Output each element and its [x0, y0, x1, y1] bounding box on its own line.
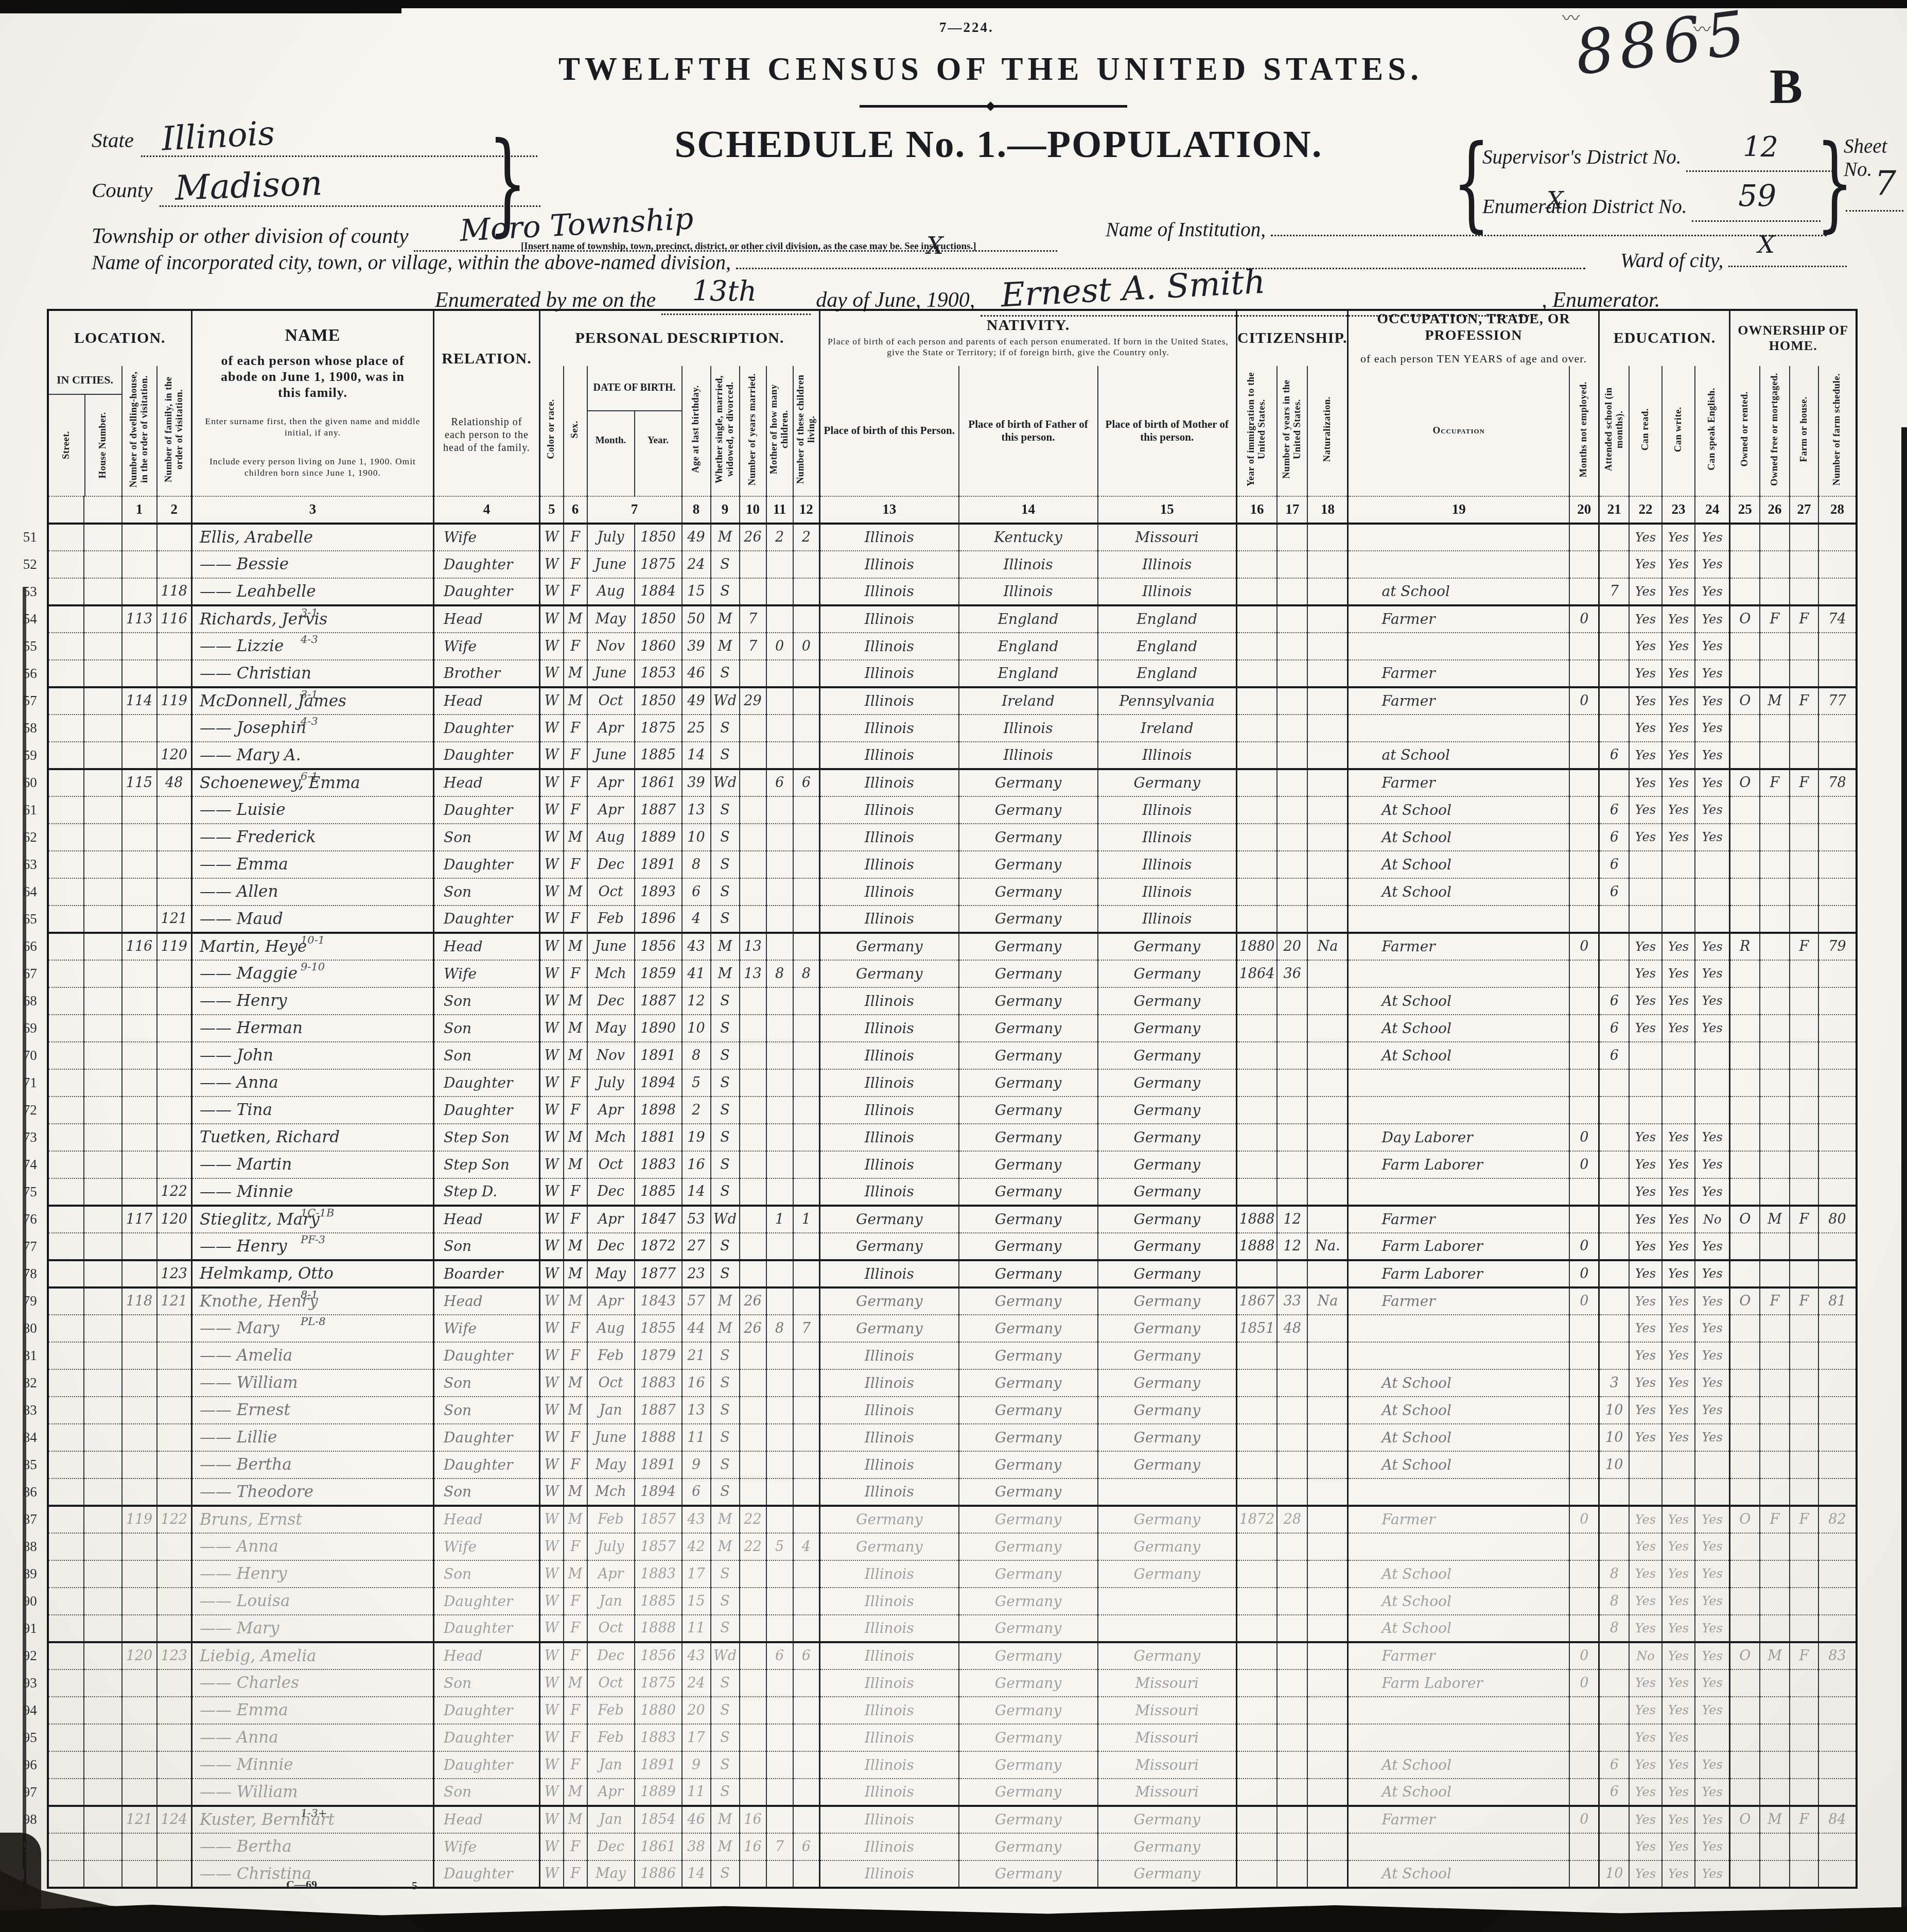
cell-months-not-employed: 0 — [1569, 1151, 1599, 1178]
cell-mother-of-children — [766, 742, 793, 769]
cell-birthplace-person: Illinois — [820, 878, 959, 906]
cell-house-number — [84, 1178, 122, 1206]
cell-age: 39 — [682, 769, 711, 796]
cell-name: —— Lillie — [192, 1424, 434, 1451]
cell-years-in-us — [1277, 1478, 1307, 1506]
cell-sex: F — [564, 851, 587, 878]
cell-marital-status: S — [711, 987, 740, 1015]
cell-farm-or-house — [1790, 715, 1818, 742]
enumeration-value: 59 — [1738, 178, 1776, 213]
cell-house-number — [84, 1779, 122, 1806]
row-number: 73 — [20, 1124, 48, 1151]
cell-years-in-us — [1277, 987, 1307, 1015]
cell-dwelling-number: 118 — [122, 1287, 157, 1315]
cell-occupation: At School — [1348, 1751, 1569, 1779]
cell-attended-school — [1599, 960, 1629, 987]
cell-name: —— Mary A. — [192, 742, 434, 769]
cell-years-in-us — [1277, 742, 1307, 769]
cell-immigration-year — [1237, 851, 1278, 878]
person-name: —— Louisa — [200, 1592, 290, 1610]
cell-months-not-employed — [1569, 742, 1599, 769]
cell-mother-of-children — [766, 1588, 793, 1615]
cell-months-not-employed — [1569, 824, 1599, 851]
cell-years-in-us — [1277, 1342, 1307, 1369]
cell-color-race: W — [540, 1206, 564, 1233]
cell-birth-year: 1850 — [635, 524, 682, 551]
cell-age: 14 — [682, 1860, 711, 1888]
col-color-race: Color or race. — [540, 366, 564, 496]
institution-row: Name of Institution, — [1106, 218, 1827, 241]
cell-owned-rented — [1730, 1178, 1760, 1206]
row-number: 72 — [20, 1096, 48, 1124]
cell-birthplace-mother: Illinois — [1098, 742, 1237, 769]
cell-name: —— Maud — [192, 906, 434, 933]
cell-dwelling-number — [122, 1451, 157, 1478]
cell-birthplace-mother: Germany — [1098, 1806, 1237, 1833]
table-row: 91 —— Mary Daughter W F Oct 1888 11 S Il… — [20, 1615, 1857, 1642]
cell-attended-school: 10 — [1599, 1860, 1629, 1888]
county-row: County Madison — [92, 166, 540, 207]
cell-occupation: Farm Laborer — [1348, 1669, 1569, 1697]
cell-years-in-us — [1277, 1424, 1307, 1451]
cell-house-number — [84, 551, 122, 578]
cell-birthplace-person: Illinois — [820, 687, 959, 715]
cell-years-in-us — [1277, 1806, 1307, 1833]
cell-children-living: 7 — [793, 1315, 820, 1342]
person-name: —— William — [200, 1783, 298, 1801]
cell-marital-status: S — [711, 1260, 740, 1287]
cell-can-read: Yes — [1629, 1724, 1662, 1751]
cell-birthplace-person: Illinois — [820, 1451, 959, 1478]
cell-years-in-us — [1277, 1560, 1307, 1588]
cell-can-speak-english — [1695, 878, 1730, 906]
row-number: 58 — [20, 715, 48, 742]
cell-farm-or-house: F — [1790, 1206, 1818, 1233]
cell-birthplace-person: Illinois — [820, 742, 959, 769]
cell-sex: F — [564, 1860, 587, 1888]
cell-owned-rented: R — [1730, 933, 1760, 960]
cell-birth-year: 1854 — [635, 1806, 682, 1833]
cell-farm-or-house — [1790, 1533, 1818, 1560]
cell-attended-school: 6 — [1599, 987, 1629, 1015]
cell-months-not-employed — [1569, 906, 1599, 933]
cell-can-write: Yes — [1662, 742, 1695, 769]
cell-family-number — [157, 1724, 192, 1751]
cell-can-speak-english: Yes — [1695, 687, 1730, 715]
cell-years-in-us — [1277, 660, 1307, 687]
cell-birth-month: Oct — [587, 1151, 635, 1178]
cell-dwelling-number — [122, 1096, 157, 1124]
cell-color-race: W — [540, 1342, 564, 1369]
cell-birthplace-person: Illinois — [820, 1069, 959, 1096]
cell-marital-status: S — [711, 715, 740, 742]
cell-dwelling-number: 113 — [122, 605, 157, 633]
group-education: EDUCATION. — [1599, 310, 1730, 366]
cell-name: —— Emma — [192, 851, 434, 878]
cell-children-living — [793, 1615, 820, 1642]
cell-name: 1-3+ Kuster, Bernhart — [192, 1806, 434, 1833]
cell-owned-free-mortgaged — [1760, 715, 1790, 742]
cell-house-number — [84, 1506, 122, 1533]
cell-birthplace-father: Germany — [959, 1451, 1098, 1478]
cell-sex: F — [564, 524, 587, 551]
cell-naturalization — [1307, 1560, 1348, 1588]
cell-name: —— Minnie — [192, 1178, 434, 1206]
cell-family-number: 122 — [157, 1506, 192, 1533]
cell-color-race: W — [540, 1506, 564, 1533]
cell-can-speak-english: Yes — [1695, 1779, 1730, 1806]
cell-family-number — [157, 660, 192, 687]
cell-mother-of-children: 2 — [766, 524, 793, 551]
cell-mother-of-children — [766, 1233, 793, 1260]
cell-owned-rented — [1730, 1096, 1760, 1124]
cell-birthplace-person: Illinois — [820, 1151, 959, 1178]
cell-farm-schedule — [1818, 1669, 1857, 1697]
cell-can-write: Yes — [1662, 1397, 1695, 1424]
cell-naturalization — [1307, 524, 1348, 551]
cell-occupation: At School — [1348, 1860, 1569, 1888]
cell-birthplace-father: Germany — [959, 1042, 1098, 1069]
cell-birthplace-mother: Germany — [1098, 933, 1237, 960]
cell-mother-of-children: 1 — [766, 1206, 793, 1233]
col-farm-schedule: Number of farm schedule. — [1818, 366, 1857, 496]
cell-birth-month: July — [587, 1069, 635, 1096]
cell-occupation: Farmer — [1348, 1806, 1569, 1833]
cell-naturalization — [1307, 1069, 1348, 1096]
table-row: 56 —— Christian Brother W M June 1853 46… — [20, 660, 1857, 687]
cell-dwelling-number — [122, 551, 157, 578]
person-name: —— Minnie — [200, 1755, 293, 1774]
cell-birth-year: 1861 — [635, 1833, 682, 1860]
cell-farm-schedule — [1818, 1042, 1857, 1069]
cell-immigration-year: 1888 — [1237, 1233, 1278, 1260]
cell-can-speak-english: Yes — [1695, 1178, 1730, 1206]
cell-relation: Wife — [434, 1533, 540, 1560]
cell-can-read: Yes — [1629, 1806, 1662, 1833]
cell-birthplace-mother: Germany — [1098, 1124, 1237, 1151]
cell-attended-school — [1599, 1260, 1629, 1287]
cell-birth-year: 1893 — [635, 878, 682, 906]
cell-age: 2 — [682, 1096, 711, 1124]
cell-owned-free-mortgaged — [1760, 1151, 1790, 1178]
cell-can-write: Yes — [1662, 1424, 1695, 1451]
cell-attended-school — [1599, 1342, 1629, 1369]
cell-children-living — [793, 687, 820, 715]
cell-owned-rented — [1730, 796, 1760, 824]
cell-house-number — [84, 1560, 122, 1588]
person-name: —— Bertha — [200, 1837, 292, 1856]
person-name: Ellis, Arabelle — [200, 528, 313, 547]
cell-marital-status: S — [711, 1588, 740, 1615]
cell-farm-schedule: 82 — [1818, 1506, 1857, 1533]
cell-owned-rented — [1730, 824, 1760, 851]
cell-family-number — [157, 878, 192, 906]
cell-sex: F — [564, 1342, 587, 1369]
cell-owned-free-mortgaged — [1760, 1369, 1790, 1397]
cell-can-speak-english: Yes — [1695, 1506, 1730, 1533]
cell-farm-or-house — [1790, 1724, 1818, 1751]
cell-birth-month: Jan — [587, 1806, 635, 1833]
cell-sex: F — [564, 1751, 587, 1779]
cell-mother-of-children — [766, 987, 793, 1015]
cell-sex: F — [564, 1424, 587, 1451]
cell-can-speak-english: Yes — [1695, 824, 1730, 851]
cell-farm-or-house: F — [1790, 1806, 1818, 1833]
cell-color-race: W — [540, 1669, 564, 1697]
cell-can-speak-english — [1695, 1069, 1730, 1096]
cell-children-living — [793, 1151, 820, 1178]
cell-birthplace-father: Germany — [959, 1206, 1098, 1233]
row-number-spacer — [20, 310, 48, 524]
cell-birth-year: 1884 — [635, 578, 682, 605]
cell-family-number: 123 — [157, 1642, 192, 1669]
cell-marital-status: S — [711, 1124, 740, 1151]
cell-occupation — [1348, 1342, 1569, 1369]
cell-marital-status: M — [711, 960, 740, 987]
cell-can-write: Yes — [1662, 1233, 1695, 1260]
cell-years-married — [740, 1588, 766, 1615]
cell-attended-school — [1599, 1206, 1629, 1233]
cell-occupation: At School — [1348, 1397, 1569, 1424]
cell-dwelling-number — [122, 1342, 157, 1369]
cell-marital-status: S — [711, 742, 740, 769]
cell-dwelling-number — [122, 1724, 157, 1751]
cell-owned-free-mortgaged — [1760, 960, 1790, 987]
cell-can-read: Yes — [1629, 1751, 1662, 1779]
cell-naturalization — [1307, 633, 1348, 660]
cell-birthplace-father: Germany — [959, 1369, 1098, 1397]
cell-birthplace-father: England — [959, 605, 1098, 633]
table-row: 76 117 120 1C-1B Stieglitz, Mary Head W … — [20, 1206, 1857, 1233]
cell-occupation: Farm Laborer — [1348, 1151, 1569, 1178]
cell-birth-year: 1891 — [635, 1042, 682, 1069]
cell-farm-schedule — [1818, 1697, 1857, 1724]
cell-relation: Wife — [434, 960, 540, 987]
cell-years-married — [740, 1233, 766, 1260]
cell-dwelling-number — [122, 1369, 157, 1397]
cell-birthplace-person: Illinois — [820, 715, 959, 742]
cell-family-number — [157, 1233, 192, 1260]
cell-farm-schedule — [1818, 1151, 1857, 1178]
cell-family-number — [157, 1151, 192, 1178]
cell-birthplace-person: Germany — [820, 1206, 959, 1233]
cell-relation: Daughter — [434, 1451, 540, 1478]
group-location: LOCATION. — [48, 310, 192, 366]
cell-can-read: Yes — [1629, 1588, 1662, 1615]
cell-years-in-us — [1277, 1751, 1307, 1779]
cell-name: 4-3 —— Josephin — [192, 715, 434, 742]
cell-relation: Head — [434, 1287, 540, 1315]
cell-family-number — [157, 1096, 192, 1124]
cell-color-race: W — [540, 1315, 564, 1342]
cell-can-read: Yes — [1629, 824, 1662, 851]
cell-can-read: Yes — [1629, 578, 1662, 605]
cell-years-married: 7 — [740, 605, 766, 633]
cell-color-race: W — [540, 1397, 564, 1424]
cell-years-married — [740, 1206, 766, 1233]
cell-years-married — [740, 824, 766, 851]
cell-birthplace-mother: Illinois — [1098, 878, 1237, 906]
cell-immigration-year — [1237, 1533, 1278, 1560]
row-number: 70 — [20, 1042, 48, 1069]
cell-dwelling-number — [122, 1751, 157, 1779]
cell-name: —— Anna — [192, 1533, 434, 1560]
table-row: 92 120 123 Liebig, Amelia Head W F Dec 1… — [20, 1642, 1857, 1669]
cell-years-married — [740, 578, 766, 605]
cell-occupation: At School — [1348, 1615, 1569, 1642]
cell-owned-rented — [1730, 987, 1760, 1015]
cell-street — [48, 633, 84, 660]
cell-months-not-employed — [1569, 1724, 1599, 1751]
cell-years-in-us — [1277, 687, 1307, 715]
cell-birth-month: Feb — [587, 1342, 635, 1369]
cell-sex: F — [564, 1615, 587, 1642]
cell-attended-school — [1599, 1669, 1629, 1697]
cell-can-read: Yes — [1629, 1615, 1662, 1642]
cell-can-speak-english: Yes — [1695, 1533, 1730, 1560]
cell-dwelling-number — [122, 851, 157, 878]
col-birthplace-father: Place of birth of Father of this person. — [959, 366, 1098, 496]
cell-dwelling-number — [122, 1397, 157, 1424]
enumeration-label: Enumeration District No. — [1482, 196, 1687, 218]
cell-age: 17 — [682, 1560, 711, 1588]
cell-can-speak-english: Yes — [1695, 1233, 1730, 1260]
cell-can-write: Yes — [1662, 687, 1695, 715]
cell-birthplace-father: Germany — [959, 933, 1098, 960]
cell-age: 49 — [682, 524, 711, 551]
cell-farm-or-house — [1790, 1124, 1818, 1151]
cell-attended-school: 8 — [1599, 1560, 1629, 1588]
cell-years-married — [740, 1615, 766, 1642]
cell-months-not-employed — [1569, 1315, 1599, 1342]
cell-years-in-us — [1277, 878, 1307, 906]
cell-sex: F — [564, 796, 587, 824]
cell-marital-status: S — [711, 1779, 740, 1806]
cell-marital-status: S — [711, 1178, 740, 1206]
cell-birth-month: Mch — [587, 960, 635, 987]
cell-naturalization — [1307, 824, 1348, 851]
cell-can-write — [1662, 906, 1695, 933]
cell-sex: F — [564, 1588, 587, 1615]
cell-relation: Daughter — [434, 1424, 540, 1451]
cell-relation: Daughter — [434, 551, 540, 578]
cell-can-speak-english: Yes — [1695, 1124, 1730, 1151]
cell-marital-status: Wd — [711, 1642, 740, 1669]
cell-color-race: W — [540, 1615, 564, 1642]
cell-marital-status: M — [711, 1806, 740, 1833]
cell-years-married — [740, 1669, 766, 1697]
col-can-write: Can write. — [1662, 366, 1695, 496]
cell-owned-free-mortgaged — [1760, 1015, 1790, 1042]
cell-name: —— Bertha — [192, 1833, 434, 1860]
cell-naturalization — [1307, 1506, 1348, 1533]
cell-sex: M — [564, 1124, 587, 1151]
institution-label: Name of Institution, — [1106, 219, 1266, 241]
cell-can-read: Yes — [1629, 1533, 1662, 1560]
cell-children-living — [793, 578, 820, 605]
cell-children-living — [793, 987, 820, 1015]
cell-relation: Daughter — [434, 1724, 540, 1751]
cell-house-number — [84, 1315, 122, 1342]
cell-house-number — [84, 1015, 122, 1042]
cell-owned-free-mortgaged — [1760, 1751, 1790, 1779]
person-name: Richards, Jervis — [200, 610, 327, 629]
cell-owned-free-mortgaged — [1760, 851, 1790, 878]
cell-naturalization — [1307, 1342, 1348, 1369]
cell-birth-month: Oct — [587, 1615, 635, 1642]
cell-birth-year: 1877 — [635, 1260, 682, 1287]
cell-dwelling-number — [122, 578, 157, 605]
cell-farm-schedule — [1818, 1833, 1857, 1860]
cell-owned-rented — [1730, 906, 1760, 933]
cell-birthplace-mother — [1098, 1615, 1237, 1642]
cell-owned-free-mortgaged — [1760, 1615, 1790, 1642]
census-table: LOCATION. NAME of each person whose plac… — [20, 309, 1858, 1889]
cell-street — [48, 1751, 84, 1779]
cell-birth-year: 1847 — [635, 1206, 682, 1233]
cell-relation: Daughter — [434, 1342, 540, 1369]
cell-house-number — [84, 824, 122, 851]
cell-children-living — [793, 1260, 820, 1287]
cell-dwelling-number — [122, 524, 157, 551]
cell-years-married — [740, 551, 766, 578]
cell-birthplace-person: Illinois — [820, 660, 959, 687]
cell-street — [48, 1397, 84, 1424]
row-number: 59 — [20, 742, 48, 769]
cell-birthplace-mother: Illinois — [1098, 578, 1237, 605]
cell-age: 27 — [682, 1233, 711, 1260]
table-row: 53 118 —— Leahbelle Daughter W F Aug 188… — [20, 578, 1857, 605]
cell-birth-month: Feb — [587, 1506, 635, 1533]
cell-street — [48, 1533, 84, 1560]
cell-farm-or-house — [1790, 1751, 1818, 1779]
cell-occupation — [1348, 524, 1569, 551]
col-immigration-year: Year of immigration to the United States… — [1237, 366, 1278, 496]
cell-street — [48, 1287, 84, 1315]
cell-street — [48, 660, 84, 687]
cell-birth-year: 1857 — [635, 1506, 682, 1533]
cell-house-number — [84, 578, 122, 605]
cell-relation: Brother — [434, 660, 540, 687]
cell-can-read: Yes — [1629, 1560, 1662, 1588]
cell-color-race: W — [540, 851, 564, 878]
cell-birthplace-person: Illinois — [820, 824, 959, 851]
cell-birthplace-person: Illinois — [820, 1478, 959, 1506]
cell-children-living — [793, 1588, 820, 1615]
cell-years-in-us — [1277, 551, 1307, 578]
cell-naturalization — [1307, 1451, 1348, 1478]
cell-birth-month: Dec — [587, 851, 635, 878]
cell-street — [48, 1779, 84, 1806]
cell-owned-free-mortgaged — [1760, 660, 1790, 687]
cell-dwelling-number — [122, 1833, 157, 1860]
cell-birth-month: May — [587, 1015, 635, 1042]
cell-can-read: Yes — [1629, 987, 1662, 1015]
cell-color-race: W — [540, 960, 564, 987]
cell-house-number — [84, 1697, 122, 1724]
cell-can-read: Yes — [1629, 1315, 1662, 1342]
table-row: 98 121 124 1-3+ Kuster, Bernhart Head W … — [20, 1806, 1857, 1833]
cell-owned-rented — [1730, 715, 1760, 742]
cell-dwelling-number — [122, 1588, 157, 1615]
cell-can-read — [1629, 906, 1662, 933]
cell-children-living — [793, 878, 820, 906]
cell-house-number — [84, 1860, 122, 1888]
cell-color-race: W — [540, 1560, 564, 1588]
cell-naturalization — [1307, 660, 1348, 687]
cell-sex: F — [564, 551, 587, 578]
cell-owned-free-mortgaged — [1760, 1669, 1790, 1697]
